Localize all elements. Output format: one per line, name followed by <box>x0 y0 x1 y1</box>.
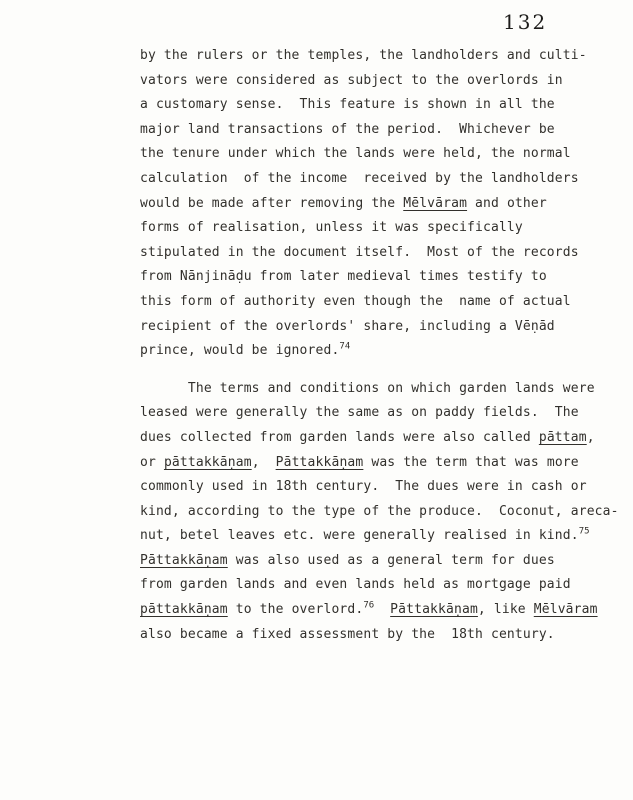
text-line: leased were generally the same as on pad… <box>140 401 630 426</box>
text-segment: forms of realisation, unless it was spec… <box>140 220 523 235</box>
text-segment: also became a fixed assessment by the 18… <box>140 627 555 642</box>
text-segment: major land transactions of the period. W… <box>140 122 555 137</box>
text-line: from garden lands and even lands held as… <box>140 573 630 598</box>
text-line: stipulated in the document itself. Most … <box>140 241 630 266</box>
text-segment: leased were generally the same as on pad… <box>140 405 579 420</box>
text-segment: from Nānjināḍu from later medieval times… <box>140 269 547 284</box>
underlined-term: Pāttakkāṇam <box>276 455 364 470</box>
underlined-term: Pāttakkāṇam <box>390 602 478 617</box>
text-segment: by the rulers or the temples, the landho… <box>140 48 587 63</box>
text-segment: was also used as a general term for dues <box>228 553 555 568</box>
footnote-reference: 76 <box>363 601 374 611</box>
text-line: vators were considered as subject to the… <box>140 69 630 94</box>
text-segment: and other <box>467 196 547 211</box>
text-line: also became a fixed assessment by the 18… <box>140 623 630 648</box>
paragraph: The terms and conditions on which garden… <box>140 377 630 648</box>
text-line: forms of realisation, unless it was spec… <box>140 216 630 241</box>
text-line: nut, betel leaves etc. were generally re… <box>140 524 630 549</box>
footnote-reference: 74 <box>339 342 350 352</box>
text-segment: vators were considered as subject to the… <box>140 73 563 88</box>
paragraph: by the rulers or the temples, the landho… <box>140 44 630 364</box>
text-body: by the rulers or the temples, the landho… <box>140 44 630 647</box>
text-line: a customary sense. This feature is shown… <box>140 93 630 118</box>
text-line: kind, according to the type of the produ… <box>140 500 630 525</box>
text-segment: recipient of the overlords' share, inclu… <box>140 319 555 334</box>
page-number: 132 <box>503 10 547 34</box>
footnote-reference: 75 <box>579 527 590 537</box>
text-segment: from garden lands and even lands held as… <box>140 577 571 592</box>
underlined-term: pāttam <box>539 430 587 445</box>
underlined-term: pāttakkāṇam <box>164 455 252 470</box>
text-line: Pāttakkāṇam was also used as a general t… <box>140 549 630 574</box>
scanned-document-page: 132 by the rulers or the temples, the la… <box>0 0 633 800</box>
text-line: by the rulers or the temples, the landho… <box>140 44 630 69</box>
text-line: commonly used in 18th century. The dues … <box>140 475 630 500</box>
text-segment: to the overlord. <box>228 602 364 617</box>
text-segment: dues collected from garden lands were al… <box>140 430 539 445</box>
text-segment: , like <box>478 602 534 617</box>
text-segment: this form of authority even though the n… <box>140 294 571 309</box>
text-line: pāttakkāṇam to the overlord.76 Pāttakkāṇ… <box>140 598 630 623</box>
text-line: dues collected from garden lands were al… <box>140 426 630 451</box>
underlined-term: Mēlvāram <box>403 196 467 211</box>
underlined-term: Pāttakkāṇam <box>140 553 228 568</box>
text-segment: calculation of the income received by th… <box>140 171 579 186</box>
text-line: the tenure under which the lands were he… <box>140 142 630 167</box>
text-segment: was the term that was more <box>363 455 578 470</box>
text-line: from Nānjināḍu from later medieval times… <box>140 265 630 290</box>
underlined-term: Mēlvāram <box>534 602 598 617</box>
text-line: The terms and conditions on which garden… <box>140 377 630 402</box>
text-segment: The terms and conditions on which garden… <box>140 381 595 396</box>
text-line: or pāttakkāṇam, Pāttakkāṇam was the term… <box>140 451 630 476</box>
text-segment: the tenure under which the lands were he… <box>140 146 571 161</box>
text-line: would be made after removing the Mēlvāra… <box>140 192 630 217</box>
underlined-term: pāttakkāṇam <box>140 602 228 617</box>
text-segment: nut, betel leaves etc. were generally re… <box>140 528 579 543</box>
text-segment: commonly used in 18th century. The dues … <box>140 479 587 494</box>
text-line: prince, would be ignored.74 <box>140 339 630 364</box>
text-line: this form of authority even though the n… <box>140 290 630 315</box>
text-line: recipient of the overlords' share, inclu… <box>140 315 630 340</box>
text-segment <box>374 602 390 617</box>
text-line: major land transactions of the period. W… <box>140 118 630 143</box>
text-segment: , <box>252 455 276 470</box>
text-segment: stipulated in the document itself. Most … <box>140 245 579 260</box>
text-segment: prince, would be ignored. <box>140 343 339 358</box>
text-segment: , <box>587 430 595 445</box>
text-segment: kind, according to the type of the produ… <box>140 504 619 519</box>
text-line: calculation of the income received by th… <box>140 167 630 192</box>
text-segment: would be made after removing the <box>140 196 403 211</box>
text-segment: or <box>140 455 164 470</box>
text-segment: a customary sense. This feature is shown… <box>140 97 555 112</box>
